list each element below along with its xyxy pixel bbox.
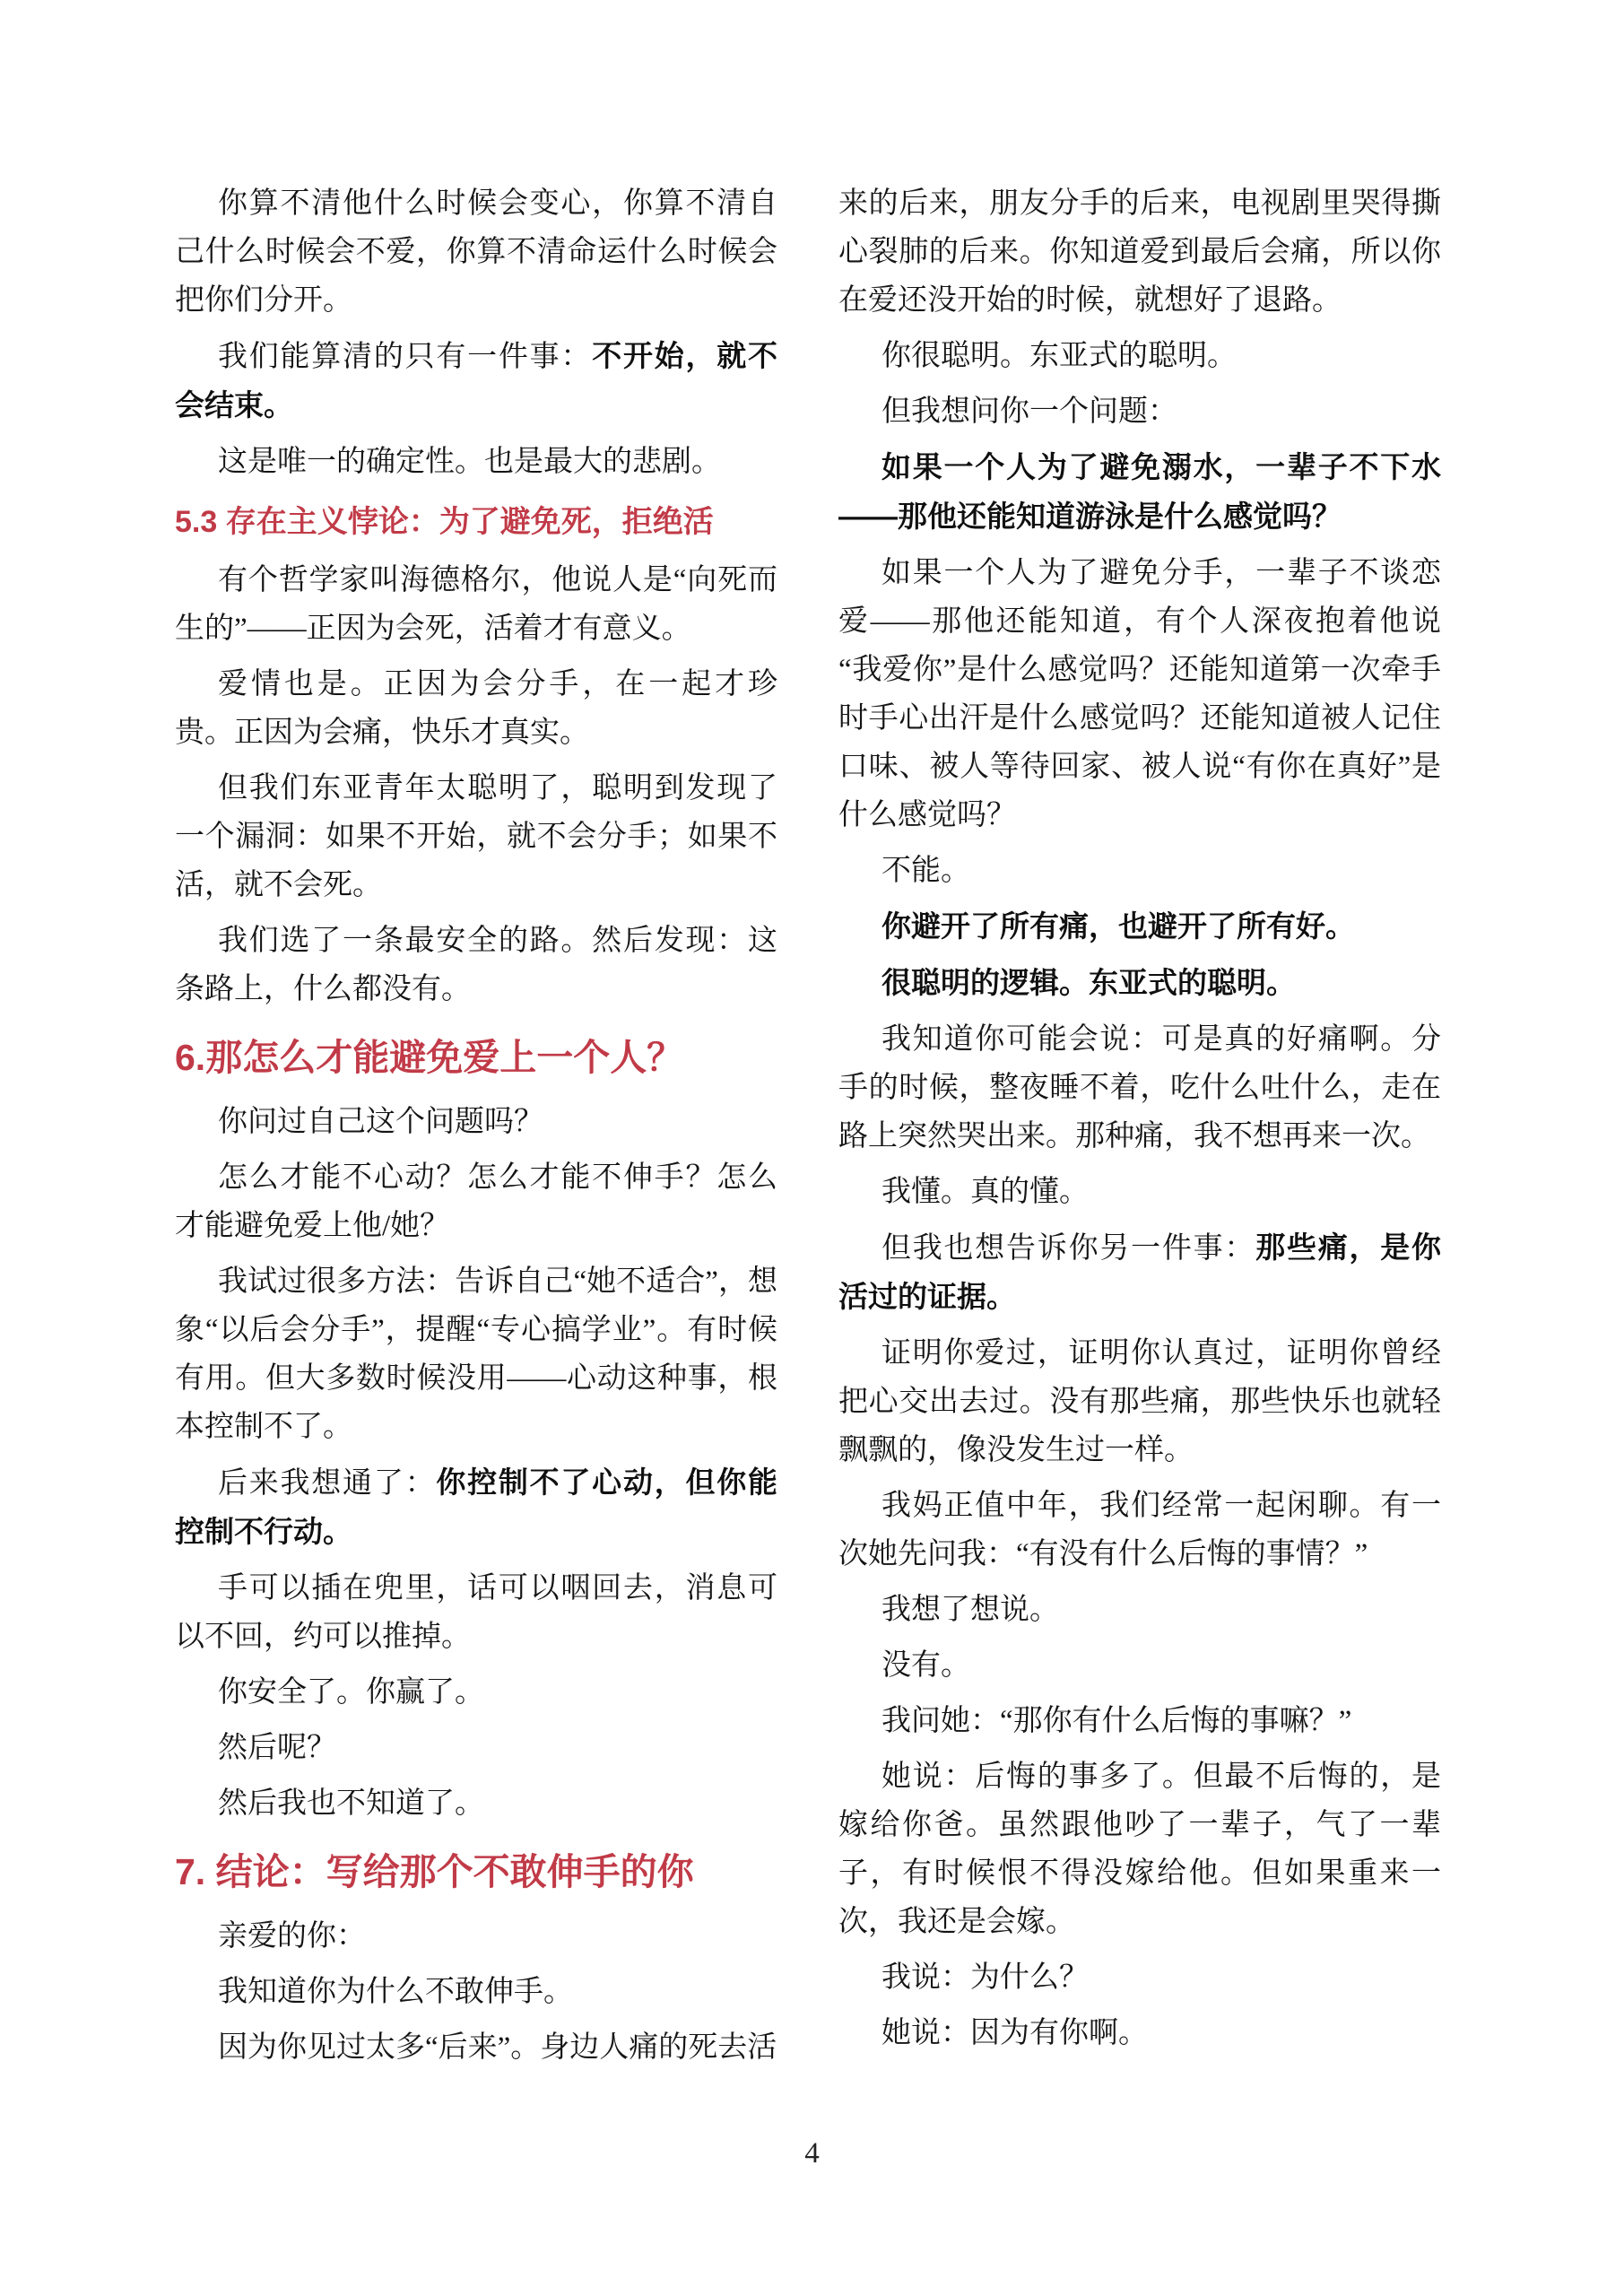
body-paragraph-left-0: 你算不清他什么时候会变心，你算不清自己什么时候会不爱，你算不清命运什么时候会把你… bbox=[175, 179, 777, 325]
body-paragraph-right-12: 我妈正值中年，我们经常一起闲聊。有一次她先问我：“有没有什么后悔的事情？” bbox=[838, 1482, 1441, 1578]
body-paragraph-right-9: 我懂。真的懂。 bbox=[838, 1168, 1441, 1216]
body-paragraph-right-17: 我说：为什么？ bbox=[838, 1953, 1441, 2002]
body-paragraph-right-2: 但我想问你一个问题： bbox=[838, 387, 1441, 436]
body-paragraph-left-4: 有个哲学家叫海德格尔，他说人是“向死而生的”——正因为会死，活着才有意义。 bbox=[175, 556, 777, 653]
body-paragraph-left-20: 因为你见过太多“后来”。身边人痛的死去活 bbox=[175, 2023, 777, 2072]
page-number: 4 bbox=[804, 2137, 820, 2170]
body-paragraph-right-8: 我知道你可能会说：可是真的好痛啊。分手的时候，整夜睡不着，吃什么吐什么，走在路上… bbox=[838, 1015, 1441, 1161]
body-paragraph-right-15: 我问她：“那你有什么后悔的事嘛？” bbox=[838, 1697, 1441, 1745]
body-paragraph-left-9: 你问过自己这个问题吗？ bbox=[175, 1098, 777, 1146]
bold-emphasis: 你控制不了心动，但你能控制不行动。 bbox=[175, 1465, 777, 1548]
body-paragraph-left-18: 亲爱的你： bbox=[175, 1912, 777, 1961]
body-paragraph-right-14: 没有。 bbox=[838, 1641, 1441, 1690]
left-text-column: 你算不清他什么时候会变心，你算不清自己什么时候会不爱，你算不清命运什么时候会把你… bbox=[175, 179, 777, 2079]
body-paragraph-right-0: 来的后来，朋友分手的后来，电视剧里哭得撕心裂肺的后来。你知道爱到最后会痛，所以你… bbox=[838, 179, 1441, 325]
body-paragraph-right-7: 很聪明的逻辑。东亚式的聪明。 bbox=[838, 959, 1441, 1008]
body-paragraph-left-10: 怎么才能不心动？怎么才能不伸手？怎么才能避免爱上他/她？ bbox=[175, 1153, 777, 1250]
body-paragraph-left-2: 这是唯一的确定性。也是最大的悲剧。 bbox=[175, 438, 777, 486]
bold-emphasis: 很聪明的逻辑。东亚式的聪明。 bbox=[881, 966, 1296, 999]
section-heading-left-17: 7. 结论：写给那个不敢伸手的你 bbox=[175, 1844, 777, 1900]
body-paragraph-right-3: 如果一个人为了避免溺水，一辈子不下水——那他还能知道游泳是什么感觉吗？ bbox=[838, 443, 1441, 542]
bold-emphasis: 你避开了所有痛，也避开了所有好。 bbox=[881, 909, 1355, 943]
page-footer: 4 bbox=[0, 2137, 1624, 2170]
body-paragraph-left-1: 我们能算清的只有一件事：不开始，就不会结束。 bbox=[175, 332, 777, 430]
body-paragraph-right-11: 证明你爱过，证明你认真过，证明你曾经把心交出去过。没有那些痛，那些快乐也就轻飘飘… bbox=[838, 1329, 1441, 1474]
section-heading-left-3: 5.3 存在主义悖论：为了避免死，拒绝活 bbox=[175, 497, 777, 547]
body-paragraph-left-16: 然后我也不知道了。 bbox=[175, 1779, 777, 1828]
body-paragraph-right-18: 她说：因为有你啊。 bbox=[838, 2009, 1441, 2057]
body-paragraph-right-16: 她说：后悔的事多了。但最不后悔的，是嫁给你爸。虽然跟他吵了一辈子，气了一辈子，有… bbox=[838, 1752, 1441, 1946]
document-page: 你算不清他什么时候会变心，你算不清自己什么时候会不爱，你算不清命运什么时候会把你… bbox=[0, 0, 1624, 2296]
body-paragraph-left-15: 然后呢？ bbox=[175, 1724, 777, 1772]
body-paragraph-left-5: 爱情也是。正因为会分手，在一起才珍贵。正因为会痛，快乐才真实。 bbox=[175, 660, 777, 757]
body-paragraph-left-13: 手可以插在兜里，话可以咽回去，消息可以不回，约可以推掉。 bbox=[175, 1564, 777, 1661]
body-paragraph-right-13: 我想了想说。 bbox=[838, 1586, 1441, 1634]
body-paragraph-right-10: 但我也想告诉你另一件事：那些痛，是你活过的证据。 bbox=[838, 1223, 1441, 1322]
body-paragraph-left-12: 后来我想通了：你控制不了心动，但你能控制不行动。 bbox=[175, 1458, 777, 1557]
bold-emphasis: 不开始，就不会结束。 bbox=[175, 339, 777, 422]
body-paragraph-right-4: 如果一个人为了避免分手，一辈子不谈恋爱——那他还能知道，有个人深夜抱着他说“我爱… bbox=[838, 549, 1441, 839]
body-paragraph-right-5: 不能。 bbox=[838, 847, 1441, 895]
body-paragraph-left-6: 但我们东亚青年太聪明了，聪明到发现了一个漏洞：如果不开始，就不会分手；如果不活，… bbox=[175, 764, 777, 909]
body-paragraph-right-1: 你很聪明。东亚式的聪明。 bbox=[838, 332, 1441, 380]
body-paragraph-left-7: 我们选了一条最安全的路。然后发现：这条路上，什么都没有。 bbox=[175, 917, 777, 1013]
section-heading-left-8: 6.那怎么才能避免爱上一个人？ bbox=[175, 1030, 777, 1085]
body-paragraph-right-6: 你避开了所有痛，也避开了所有好。 bbox=[838, 902, 1441, 952]
bold-emphasis: 那些痛，是你活过的证据。 bbox=[838, 1231, 1441, 1313]
bold-emphasis: 如果一个人为了避免溺水，一辈子不下水——那他还能知道游泳是什么感觉吗？ bbox=[838, 450, 1441, 533]
body-paragraph-left-14: 你安全了。你赢了。 bbox=[175, 1668, 777, 1717]
right-text-column: 来的后来，朋友分手的后来，电视剧里哭得撕心裂肺的后来。你知道爱到最后会痛，所以你… bbox=[838, 179, 1441, 2065]
body-paragraph-left-11: 我试过很多方法：告诉自己“她不适合”，想象“以后会分手”，提醒“专心搞学业”。有… bbox=[175, 1257, 777, 1451]
body-paragraph-left-19: 我知道你为什么不敢伸手。 bbox=[175, 1968, 777, 2016]
